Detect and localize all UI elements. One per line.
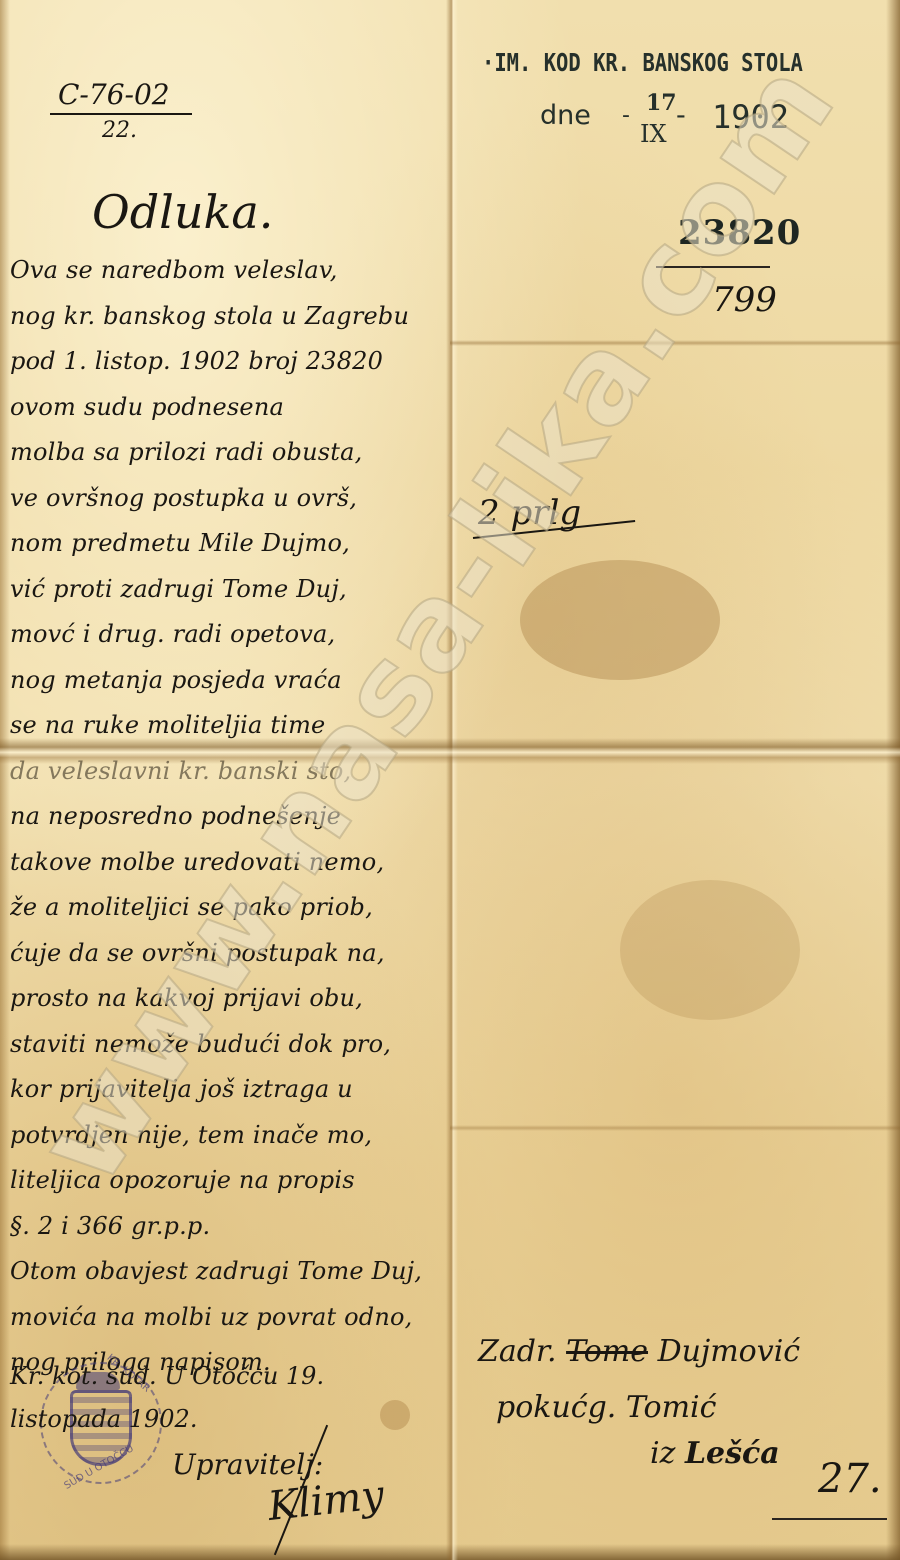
body-line: na neposredno podnešenje <box>10 794 440 840</box>
body-line: Ova se naredbom veleslav, <box>10 248 440 294</box>
body-line: se na ruke moliteljia time <box>10 703 440 749</box>
body-line: nom predmetu Mile Dujmo, <box>10 521 440 567</box>
document-title: Odluka. <box>92 185 273 239</box>
address-place: Lešća <box>685 1436 780 1471</box>
registry-sub-number: 799 <box>712 280 777 320</box>
body-line: pod 1. listop. 1902 broj 23820 <box>10 339 440 385</box>
address-surname: Dujmović <box>658 1334 801 1369</box>
body-line: molba sa prilozi radi obusta, <box>10 430 440 476</box>
registry-stamp-header: ·IM. KOD KR. BANSKOG STOLA <box>482 48 803 77</box>
body-line: že a moliteljici se pako priob, <box>10 885 440 931</box>
registry-divider <box>656 266 770 268</box>
document-body: Ova se naredbom veleslav, nog kr. bansko… <box>10 248 440 1386</box>
body-line: vić proti zadrugi Tome Duj, <box>10 567 440 613</box>
place-date-line-1: Kr. kot. sud. U Otočcu 19. <box>10 1362 324 1390</box>
page-number-underline <box>772 1518 887 1520</box>
body-line: ćuje da se ovršni postupak na, <box>10 931 440 977</box>
body-line: ve ovršnog postupka u ovrš, <box>10 476 440 522</box>
body-line: prosto na kakvoj prijavi obu, <box>10 976 440 1022</box>
body-line: ovom sudu podnesena <box>10 385 440 431</box>
case-reference-sub: 22. <box>102 118 137 143</box>
fold-crease-horizontal-bottom <box>450 1125 900 1131</box>
body-line: liteljica opozoruje na propis <box>10 1158 440 1204</box>
address-line-3: iz Lešća <box>650 1436 780 1471</box>
closing-line: Otom obavjest zadrugi Tome Duj, <box>10 1249 440 1295</box>
paper-edge-left <box>0 0 10 1560</box>
body-line-on-fold: da veleslavni kr. banski sto, <box>10 749 440 795</box>
body-line: staviti nemože budući dok pro, <box>10 1022 440 1068</box>
page-number: 27. <box>818 1456 882 1502</box>
closing-line: movića na molbi uz povrat odno, <box>10 1295 440 1341</box>
registry-stamp-dne-label: dne <box>540 100 591 131</box>
case-reference-divider <box>50 113 192 115</box>
address-from: iz <box>650 1436 675 1471</box>
registry-stamp-dash: - <box>622 103 630 128</box>
registry-number: 23820 <box>678 213 801 253</box>
address-prefix: Zadr. <box>478 1334 557 1369</box>
body-line: nog metanja posjeda vraća <box>10 658 440 704</box>
registry-stamp-month: IX <box>640 120 667 148</box>
body-line: kor prijavitelja još iztraga u <box>10 1067 440 1113</box>
registry-stamp-year: 1902 <box>712 98 789 136</box>
stain <box>520 560 720 680</box>
registry-stamp-dash: - <box>676 100 686 131</box>
address-struck-name: Tome <box>566 1334 648 1369</box>
body-line: §. 2 i 366 gr.p.p. <box>10 1204 440 1250</box>
fold-crease-horizontal-top <box>450 340 900 346</box>
body-line: takove molbe uredovati nemo, <box>10 840 440 886</box>
place-date-line-2: listopada 1902. <box>10 1405 197 1433</box>
stain <box>380 1400 410 1430</box>
stain <box>620 880 800 1020</box>
registry-stamp-day: 17 <box>646 90 677 116</box>
fold-crease-vertical <box>446 0 458 1560</box>
address-line-1: Zadr. Tome Dujmović <box>478 1334 800 1369</box>
signatory-role: Upravitelj: <box>172 1448 323 1481</box>
body-line: movć i drug. radi opetova, <box>10 612 440 658</box>
paper-edge-right <box>886 0 900 1560</box>
case-reference-code: C-76-02 <box>58 78 170 111</box>
body-line: potvrdjen nije, tem inače mo, <box>10 1113 440 1159</box>
body-line: nog kr. banskog stola u Zagrebu <box>10 294 440 340</box>
address-line-2: pokućg. Tomić <box>496 1390 716 1425</box>
